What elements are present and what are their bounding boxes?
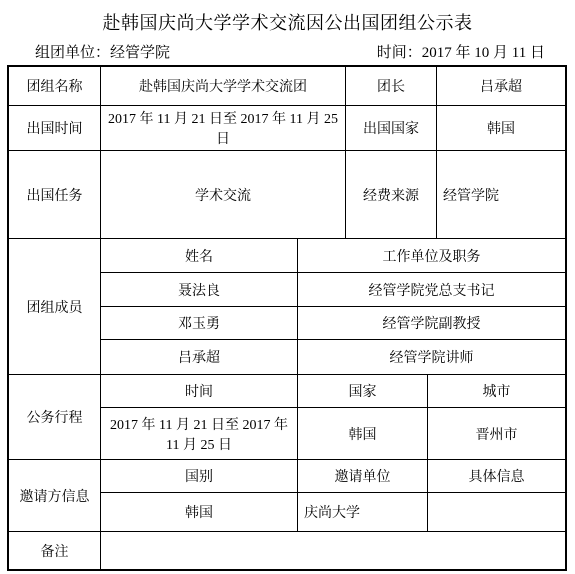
document-page: 赴韩国庆尚大学学术交流因公出国团组公示表 组团单位：经管学院 时间：2017 年… (0, 0, 575, 574)
meta-row: 组团单位：经管学院 时间：2017 年 10 月 11 日 (35, 41, 545, 62)
table-row-group-name: 团组名称 赴韩国庆尚大学学术交流团 团长 吕承超 (9, 67, 565, 106)
notice-table: 团组名称 赴韩国庆尚大学学术交流团 团长 吕承超 出国时间 2017 年 11 … (7, 65, 567, 571)
members-col-title: 工作单位及职务 (298, 239, 565, 272)
members-section-label: 团组成员 (9, 239, 101, 374)
table-row-travel-time: 出国时间 2017 年 11 月 21 日至 2017 年 11 月 25 日 … (9, 106, 565, 151)
mission-value: 学术交流 (101, 151, 346, 238)
itinerary-city: 晋州市 (428, 408, 565, 459)
inviter-col-org: 邀请单位 (298, 460, 428, 492)
itinerary-row: 2017 年 11 月 21 日至 2017 年 11 月 25 日 韩国 晋州… (101, 408, 565, 459)
remark-body (101, 532, 565, 569)
section-itinerary: 公务行程 时间 国家 城市 2017 年 11 月 21 日至 2017 年 1… (9, 375, 565, 460)
inviter-header-row: 国别 邀请单位 具体信息 (101, 460, 565, 493)
itinerary-section-body: 时间 国家 城市 2017 年 11 月 21 日至 2017 年 11 月 2… (101, 375, 565, 459)
group-name-value: 赴韩国庆尚大学学术交流团 (101, 67, 346, 105)
dest-country-value: 韩国 (437, 106, 565, 150)
group-name-label: 团组名称 (9, 67, 101, 105)
section-inviter: 邀请方信息 国别 邀请单位 具体信息 韩国 庆尚大学 (9, 460, 565, 532)
inviter-detail (428, 493, 565, 531)
organizing-unit-value: 经管学院 (110, 45, 170, 61)
organizing-unit-label: 组团单位： (35, 45, 110, 61)
inviter-org: 庆尚大学 (298, 493, 428, 531)
funding-value: 经管学院 (437, 151, 565, 238)
itinerary-time: 2017 年 11 月 21 日至 2017 年 11 月 25 日 (101, 408, 298, 459)
members-col-name: 姓名 (101, 239, 298, 272)
travel-time-label: 出国时间 (9, 106, 101, 150)
table-row-mission: 出国任务 学术交流 经费来源 经管学院 (9, 151, 565, 239)
member-row: 邓玉勇 经管学院副教授 (101, 307, 565, 340)
publish-date: 时间：2017 年 10 月 11 日 (377, 41, 545, 62)
remark-label: 备注 (9, 532, 101, 569)
itinerary-section-label: 公务行程 (9, 375, 101, 459)
members-section-body: 姓名 工作单位及职务 聂法良 经管学院党总支书记 邓玉勇 经管学院副教授 吕承超… (101, 239, 565, 374)
inviter-row: 韩国 庆尚大学 (101, 493, 565, 531)
inviter-country: 韩国 (101, 493, 298, 531)
member-title: 经管学院讲师 (298, 340, 565, 374)
member-name: 吕承超 (101, 340, 298, 374)
dest-country-label: 出国国家 (346, 106, 437, 150)
leader-value: 吕承超 (437, 67, 565, 105)
itinerary-col-city: 城市 (428, 375, 565, 407)
itinerary-col-country: 国家 (298, 375, 428, 407)
page-title: 赴韩国庆尚大学学术交流因公出国团组公示表 (0, 0, 575, 35)
itinerary-col-time: 时间 (101, 375, 298, 407)
funding-label: 经费来源 (346, 151, 437, 238)
inviter-section-body: 国别 邀请单位 具体信息 韩国 庆尚大学 (101, 460, 565, 531)
itinerary-country: 韩国 (298, 408, 428, 459)
members-header-row: 姓名 工作单位及职务 (101, 239, 565, 273)
remark-row (101, 532, 565, 569)
leader-label: 团长 (346, 67, 437, 105)
inviter-col-detail: 具体信息 (428, 460, 565, 492)
publish-date-value: 2017 年 10 月 11 日 (422, 45, 545, 61)
section-remark: 备注 (9, 532, 565, 569)
travel-time-value: 2017 年 11 月 21 日至 2017 年 11 月 25 日 (101, 106, 346, 150)
member-name: 聂法良 (101, 273, 298, 306)
publish-date-label: 时间： (377, 45, 422, 61)
section-members: 团组成员 姓名 工作单位及职务 聂法良 经管学院党总支书记 邓玉勇 经管学院副教… (9, 239, 565, 375)
inviter-section-label: 邀请方信息 (9, 460, 101, 531)
inviter-col-country: 国别 (101, 460, 298, 492)
organizing-unit: 组团单位：经管学院 (35, 41, 170, 62)
itinerary-header-row: 时间 国家 城市 (101, 375, 565, 408)
mission-label: 出国任务 (9, 151, 101, 238)
member-row: 吕承超 经管学院讲师 (101, 340, 565, 374)
member-row: 聂法良 经管学院党总支书记 (101, 273, 565, 307)
remark-value (101, 532, 565, 569)
member-title: 经管学院副教授 (298, 307, 565, 339)
member-title: 经管学院党总支书记 (298, 273, 565, 306)
member-name: 邓玉勇 (101, 307, 298, 339)
